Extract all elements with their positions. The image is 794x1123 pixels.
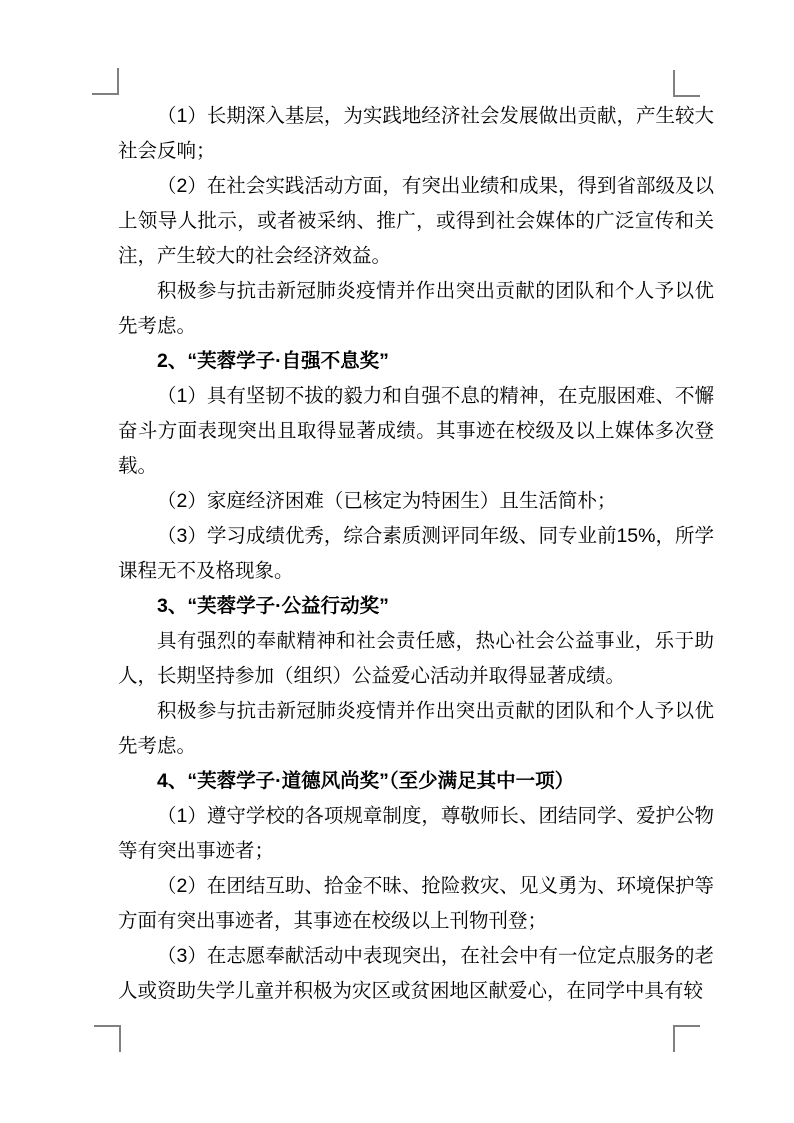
paragraph: （2）家庭经济困难（已核定为特困生）且生活简朴； xyxy=(118,484,714,519)
section-heading: 4、“芙蓉学子·道德风尚奖”（至少满足其中一项） xyxy=(118,764,714,799)
text-line: （2）在团结互助、拾金不昧、抢险救灾、见义勇为、环境保护等 xyxy=(118,869,714,904)
text-line: 载。 xyxy=(118,449,714,484)
text-line: 上领导人批示，或者被采纳、推广，或得到社会媒体的广泛宣传和关 xyxy=(118,204,714,239)
paragraph: 具有强烈的奉献精神和社会责任感，热心社会公益事业，乐于助人，长期坚持参加（组织）… xyxy=(118,624,714,694)
text-line: （2）在社会实践活动方面，有突出业绩和成果，得到省部级及以 xyxy=(118,169,714,204)
section-heading: 3、“芙蓉学子·公益行动奖” xyxy=(118,589,714,624)
paragraph: （3）学习成绩优秀，综合素质测评同年级、同专业前15%，所学课程无不及格现象。 xyxy=(118,519,714,589)
paragraph: （2）在社会实践活动方面，有突出业绩和成果，得到省部级及以上领导人批示，或者被采… xyxy=(118,169,714,274)
document-page: （1）长期深入基层，为实践地经济社会发展做出贡献，产生较大社会反响；（2）在社会… xyxy=(0,0,794,1123)
text-line: （1）长期深入基层，为实践地经济社会发展做出贡献，产生较大 xyxy=(118,99,714,134)
crop-mark-top-left xyxy=(92,68,119,95)
text-line: 2、“芙蓉学子·自强不息奖” xyxy=(118,344,714,379)
text-line: （1）具有坚韧不拔的毅力和自强不息的精神，在克服困难、不懈 xyxy=(118,379,714,414)
text-line: （3）在志愿奉献活动中表现突出，在社会中有一位定点服务的老 xyxy=(118,939,714,974)
text-line: 先考虑。 xyxy=(118,729,714,764)
text-line: 人，长期坚持参加（组织）公益爱心活动并取得显著成绩。 xyxy=(118,659,714,694)
text-line: 社会反响； xyxy=(118,134,714,169)
paragraph: （2）在团结互助、拾金不昧、抢险救灾、见义勇为、环境保护等方面有突出事迹者，其事… xyxy=(118,869,714,939)
section-heading: 2、“芙蓉学子·自强不息奖” xyxy=(118,344,714,379)
text-line: 4、“芙蓉学子·道德风尚奖”（至少满足其中一项） xyxy=(118,764,714,799)
text-line: （2）家庭经济困难（已核定为特困生）且生活简朴； xyxy=(118,484,714,519)
crop-mark-bottom-right xyxy=(673,1025,700,1052)
paragraph: （1）遵守学校的各项规章制度，尊敬师长、团结同学、爱护公物等有突出事迹者； xyxy=(118,799,714,869)
crop-mark-bottom-left xyxy=(94,1025,121,1052)
text-line: 课程无不及格现象。 xyxy=(118,554,714,589)
paragraph: （1）具有坚韧不拔的毅力和自强不息的精神，在克服困难、不懈奋斗方面表现突出且取得… xyxy=(118,379,714,484)
paragraph: （3）在志愿奉献活动中表现突出，在社会中有一位定点服务的老人或资助失学儿童并积极… xyxy=(118,939,714,1009)
text-line: 奋斗方面表现突出且取得显著成绩。其事迹在校级及以上媒体多次登 xyxy=(118,414,714,449)
text-line: （1）遵守学校的各项规章制度，尊敬师长、团结同学、爱护公物 xyxy=(118,799,714,834)
text-line: 人或资助失学儿童并积极为灾区或贫困地区献爱心，在同学中具有较 xyxy=(118,974,714,1009)
text-line: 具有强烈的奉献精神和社会责任感，热心社会公益事业，乐于助 xyxy=(118,624,714,659)
paragraph: （1）长期深入基层，为实践地经济社会发展做出贡献，产生较大社会反响； xyxy=(118,99,714,169)
crop-mark-top-right xyxy=(673,70,700,97)
text-line: 先考虑。 xyxy=(118,309,714,344)
text-line: （3）学习成绩优秀，综合素质测评同年级、同专业前15%，所学 xyxy=(118,519,714,554)
paragraph: 积极参与抗击新冠肺炎疫情并作出突出贡献的团队和个人予以优先考虑。 xyxy=(118,274,714,344)
document-body: （1）长期深入基层，为实践地经济社会发展做出贡献，产生较大社会反响；（2）在社会… xyxy=(118,99,714,1009)
text-line: 积极参与抗击新冠肺炎疫情并作出突出贡献的团队和个人予以优 xyxy=(118,274,714,309)
paragraph: 积极参与抗击新冠肺炎疫情并作出突出贡献的团队和个人予以优先考虑。 xyxy=(118,694,714,764)
text-line: 等有突出事迹者； xyxy=(118,834,714,869)
text-line: 积极参与抗击新冠肺炎疫情并作出突出贡献的团队和个人予以优 xyxy=(118,694,714,729)
text-line: 注，产生较大的社会经济效益。 xyxy=(118,239,714,274)
text-line: 3、“芙蓉学子·公益行动奖” xyxy=(118,589,714,624)
text-line: 方面有突出事迹者，其事迹在校级以上刊物刊登； xyxy=(118,904,714,939)
